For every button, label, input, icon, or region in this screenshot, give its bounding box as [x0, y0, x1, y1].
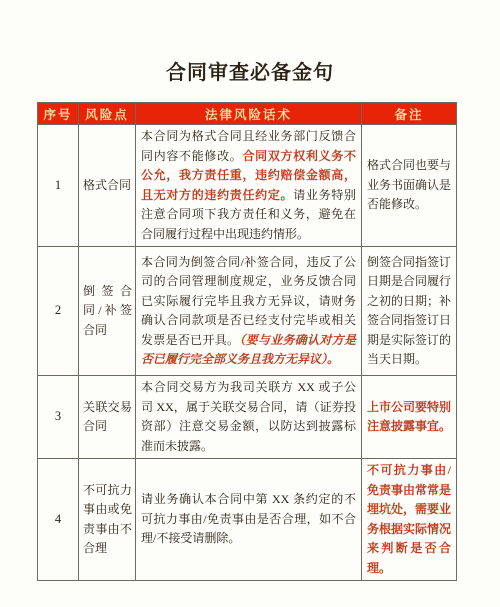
- remark-text: 格式合同也要与业务书面确认是否能修改。: [367, 158, 451, 211]
- col-header-script: 法律风险话术: [136, 103, 362, 125]
- cell-remark: 上市公司要特别注意披露事宜。: [362, 376, 457, 459]
- cell-remark: 倒签合同指签订日期是合同履行之初的日期；补签合同指签订日期是实际签订的当天日期。: [362, 247, 457, 376]
- cell-risk-point: 倒签合同/补签合同: [79, 247, 136, 376]
- cell-legal-risk-script: 本合同交易方为我司关联方 XX 或子公司 XX，属于关联交易合同，请（证券投资部…: [136, 376, 362, 459]
- cell-risk-point: 关联交易合同: [79, 376, 136, 459]
- document-page: 合同审查必备金句 序号 风险点 法律风险话术 备注 1格式合同本合同为格式合同且…: [0, 0, 500, 607]
- cell-legal-risk-script: 本合同为倒签合同/补签合同，违反了公司的合同管理制度规定，业务反馈合同已实际履行…: [136, 247, 362, 376]
- contract-review-table: 序号 风险点 法律风险话术 备注 1格式合同本合同为格式合同且经业务部门反馈合同…: [37, 102, 457, 581]
- table-body: 1格式合同本合同为格式合同且经业务部门反馈合同内容不能修改。合同双方权利义务不公…: [38, 125, 457, 581]
- script-text: 请业务确认本合同中第 XX 条约定的不可抗力事由/免责事由是否合理，如不合理/不…: [141, 492, 356, 545]
- table-header-row: 序号 风险点 法律风险话术 备注: [38, 103, 457, 125]
- cell-row-number: 4: [38, 459, 79, 581]
- cell-row-number: 3: [38, 376, 79, 459]
- col-header-risk: 风险点: [79, 103, 136, 125]
- col-header-no: 序号: [38, 103, 79, 125]
- cell-row-number: 2: [38, 247, 79, 376]
- cell-remark: 格式合同也要与业务书面确认是否能修改。: [362, 125, 457, 247]
- page-title: 合同审查必备金句: [0, 0, 500, 85]
- cell-legal-risk-script: 本合同为格式合同且经业务部门反馈合同内容不能修改。合同双方权利义务不公允，我方责…: [136, 125, 362, 247]
- script-text: 本合同交易方为我司关联方 XX 或子公司 XX，属于关联交易合同，请（证券投资部…: [141, 380, 356, 453]
- cell-risk-point: 不可抗力事由或免责事由不合理: [79, 459, 136, 581]
- table-row: 1格式合同本合同为格式合同且经业务部门反馈合同内容不能修改。合同双方权利义务不公…: [38, 125, 457, 247]
- cell-risk-point: 格式合同: [79, 125, 136, 247]
- cell-row-number: 1: [38, 125, 79, 247]
- cell-remark: 不可抗力事由/免责事由常常是埋坑处，需要业务根据实际情况来判断是否合理。: [362, 459, 457, 581]
- remark-text-emphasis-red: 不可抗力事由/免责事由常常是埋坑处，需要业务根据实际情况来判断是否合理。: [367, 463, 451, 575]
- remark-text: 倒签合同指签订日期是合同履行之初的日期；补签合同指签订日期是实际签订的当天日期。: [367, 255, 451, 367]
- table-row: 2倒签合同/补签合同本合同为倒签合同/补签合同，违反了公司的合同管理制度规定，业…: [38, 247, 457, 376]
- col-header-note: 备注: [362, 103, 457, 125]
- table-row: 4不可抗力事由或免责事由不合理请业务确认本合同中第 XX 条约定的不可抗力事由/…: [38, 459, 457, 581]
- cell-legal-risk-script: 请业务确认本合同中第 XX 条约定的不可抗力事由/免责事由是否合理，如不合理/不…: [136, 459, 362, 581]
- remark-text-emphasis-red: 上市公司要特别注意披露事宜。: [367, 400, 451, 434]
- table-row: 3关联交易合同本合同交易方为我司关联方 XX 或子公司 XX，属于关联交易合同，…: [38, 376, 457, 459]
